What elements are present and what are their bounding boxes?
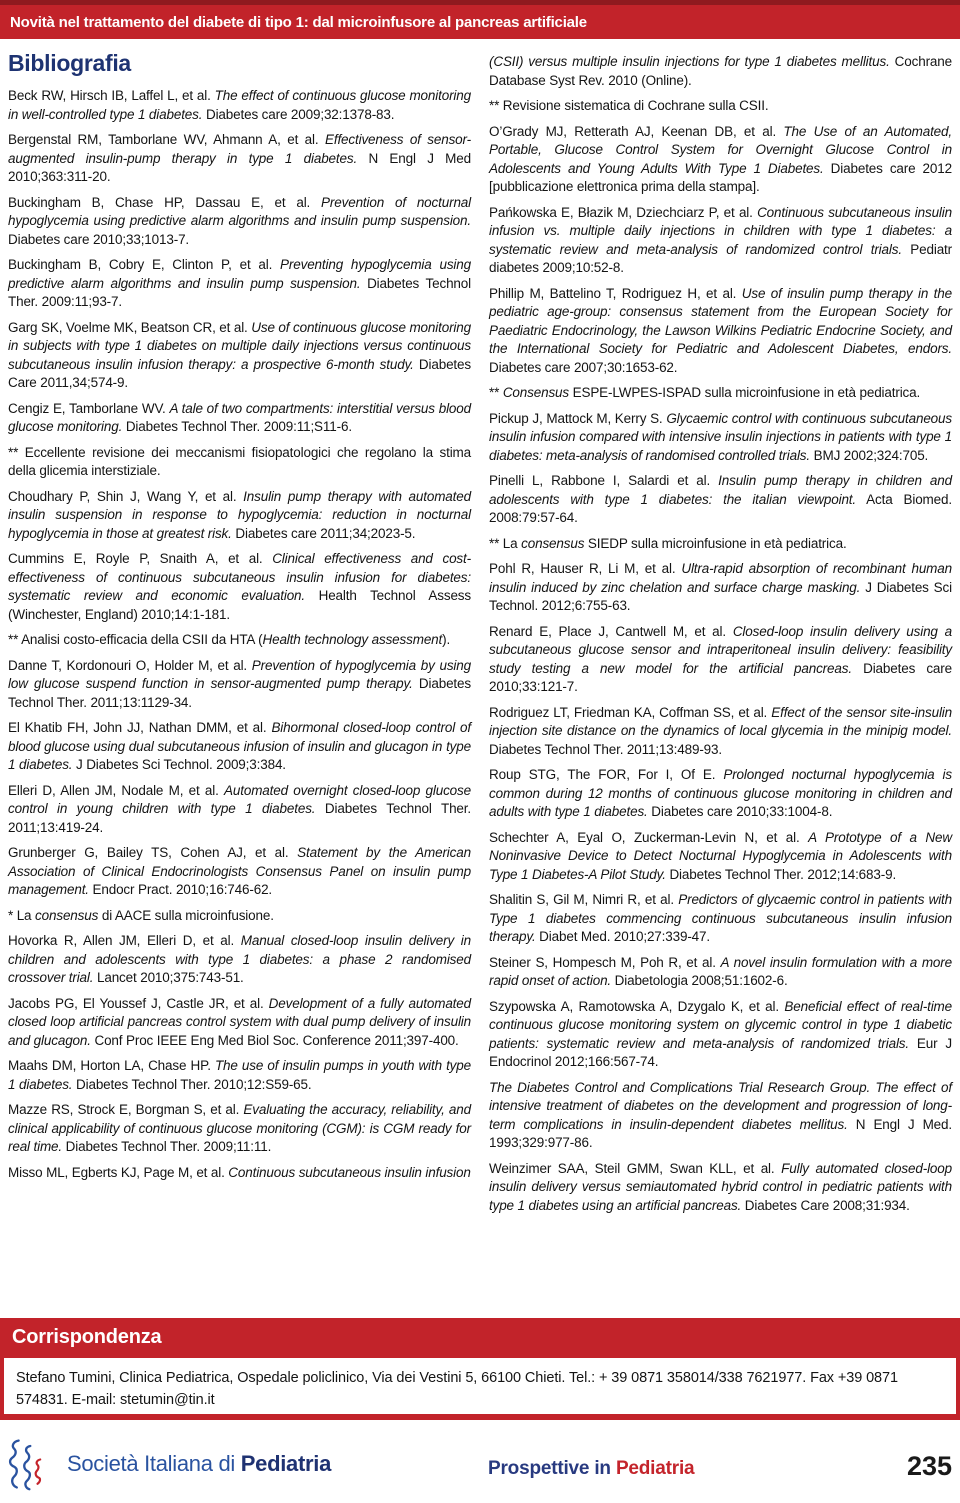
page-number: 235 — [907, 1451, 952, 1482]
bib-entry: Roup STG, The FOR, For I, Of E. Prolonge… — [489, 766, 952, 822]
journal-page: Novità nel trattamento del diabete di ti… — [0, 0, 960, 1503]
bib-entry: Grunberger G, Bailey TS, Cohen AJ, et al… — [8, 844, 471, 900]
journal-name-blue: Prospettive in — [488, 1458, 616, 1479]
bib-entry: ** Revisione sistematica di Cochrane sul… — [489, 97, 952, 116]
bib-entry: El Khatib FH, John JJ, Nathan DMM, et al… — [8, 719, 471, 775]
bib-entry: Steiner S, Hompesch M, Poh R, et al. A n… — [489, 954, 952, 991]
bib-entry: Rodriguez LT, Friedman KA, Coffman SS, e… — [489, 704, 952, 760]
article-running-title: Novità nel trattamento del diabete di ti… — [0, 14, 587, 31]
bibliography-heading: Bibliografia — [8, 50, 471, 77]
bibliography-section: Bibliografia Beck RW, Hirsch IB, Laffel … — [8, 46, 952, 1222]
correspondence-heading: Corrispondenza — [0, 1318, 960, 1349]
bib-entry: Phillip M, Battelino T, Rodriguez H, et … — [489, 285, 952, 378]
bib-entry: Pohl R, Hauser R, Li M, et al. Ultra-rap… — [489, 560, 952, 616]
bib-entry: Szypowska A, Ramotowska A, Dzygalo K, et… — [489, 998, 952, 1072]
bib-entry: Buckingham B, Chase HP, Dassau E, et al.… — [8, 194, 471, 250]
bib-entry: Pańkowska E, Błazik M, Dziechciarz P, et… — [489, 204, 952, 278]
bib-entry: Jacobs PG, El Youssef J, Castle JR, et a… — [8, 995, 471, 1051]
correspondence-text: Stefano Tumini, Clinica Pediatrica, Ospe… — [4, 1358, 956, 1414]
bib-entry: Schechter A, Eyal O, Zuckerman-Levin N, … — [489, 829, 952, 885]
bib-entry: Danne T, Kordonouri O, Holder M, et al. … — [8, 657, 471, 713]
society-name: Società Italiana di Pediatria — [67, 1451, 331, 1477]
bib-entry: Cummins E, Royle P, Snaith A, et al. Cli… — [8, 550, 471, 624]
bib-entry: Beck RW, Hirsch IB, Laffel L, et al. The… — [8, 87, 471, 124]
bib-entry: Cengiz E, Tamborlane WV. A tale of two c… — [8, 400, 471, 437]
bib-entry: O’Grady MJ, Retterath AJ, Keenan DB, et … — [489, 123, 952, 197]
bib-entry: Weinzimer SAA, Steil GMM, Swan KLL, et a… — [489, 1160, 952, 1216]
bib-entry: Mazze RS, Strock E, Borgman S, et al. Ev… — [8, 1101, 471, 1157]
bibliography-left-column: Bibliografia Beck RW, Hirsch IB, Laffel … — [8, 46, 471, 1222]
bib-entry: Shalitin S, Gil M, Nimri R, et al. Predi… — [489, 891, 952, 947]
bibliography-right-entries: (CSII) versus multiple insulin injection… — [489, 53, 952, 1215]
bibliography-right-column: (CSII) versus multiple insulin injection… — [489, 46, 952, 1222]
bib-entry: (CSII) versus multiple insulin injection… — [489, 53, 952, 90]
bib-entry: Pinelli L, Rabbone I, Salardi et al. Ins… — [489, 472, 952, 528]
society-name-bold: Pediatria — [241, 1451, 331, 1476]
article-title-bar: Novità nel trattamento del diabete di ti… — [0, 0, 960, 39]
bib-entry: Choudhary P, Shin J, Wang Y, et al. Insu… — [8, 488, 471, 544]
bib-entry: Misso ML, Egberts KJ, Page M, et al. Con… — [8, 1164, 471, 1183]
society-name-regular: Società Italiana di — [67, 1451, 241, 1476]
bib-entry: Maahs DM, Horton LA, Chase HP. The use o… — [8, 1057, 471, 1094]
bib-entry: ** Eccellente revisione dei meccanismi f… — [8, 444, 471, 481]
bib-entry: ** Analisi costo-efficacia della CSII da… — [8, 631, 471, 650]
bib-entry: Bergenstal RM, Tamborlane WV, Ahmann A, … — [8, 131, 471, 187]
bib-entry: ** La consensus SIEDP sulla microinfusio… — [489, 535, 952, 554]
bibliography-left-entries: Beck RW, Hirsch IB, Laffel L, et al. The… — [8, 87, 471, 1182]
bib-entry: ** Consensus ESPE-LWPES-ISPAD sulla micr… — [489, 384, 952, 403]
society-logo: Società Italiana di Pediatria — [6, 1434, 331, 1494]
bib-entry: Pickup J, Mattock M, Kerry S. Glycaemic … — [489, 410, 952, 466]
bib-entry: Garg SK, Voelme MK, Beatson CR, et al. U… — [8, 319, 471, 393]
bib-entry: The Diabetes Control and Complications T… — [489, 1079, 952, 1153]
correspondence-box: Corrispondenza Stefano Tumini, Clinica P… — [0, 1318, 960, 1420]
sip-figures-icon — [6, 1434, 60, 1494]
journal-name-red: Pediatria — [616, 1458, 694, 1479]
bib-entry: Buckingham B, Cobry E, Clinton P, et al.… — [8, 256, 471, 312]
bib-entry: Elleri D, Allen JM, Nodale M, et al. Aut… — [8, 782, 471, 838]
journal-name: Prospettive in Pediatria — [488, 1458, 694, 1480]
page-footer: Società Italiana di Pediatria Prospettiv… — [0, 1430, 960, 1503]
bib-entry: Hovorka R, Allen JM, Elleri D, et al. Ma… — [8, 932, 471, 988]
bib-entry: Renard E, Place J, Cantwell M, et al. Cl… — [489, 623, 952, 697]
bib-entry: * La consensus di AACE sulla microinfusi… — [8, 907, 471, 926]
